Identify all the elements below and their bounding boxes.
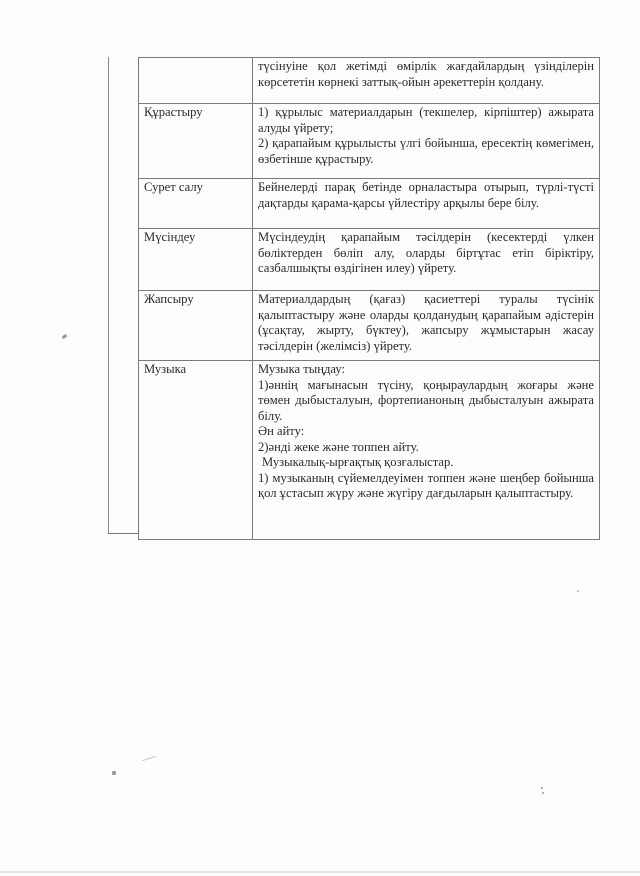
outer-table-left-border <box>108 57 109 534</box>
content-cell: түсінуіне қол жетімді өмірлік жағдайлард… <box>253 58 600 104</box>
curriculum-table: түсінуіне қол жетімді өмірлік жағдайлард… <box>138 57 600 540</box>
content-cell: Музыка тыңдау: 1)әннің мағынасын түсіну,… <box>253 361 600 540</box>
content-line: Материалдардың (қағаз) қасиеттері туралы… <box>258 292 594 354</box>
content-line: Мүсіндеудің қарапайым тәсілдерін (кесект… <box>258 230 594 277</box>
scan-speck <box>62 334 68 339</box>
content-line: Бейнелерді парақ бетінде орналастыра оты… <box>258 180 594 211</box>
content-cell: 1) құрылыс материалдарын (текшелер, кірп… <box>253 104 600 179</box>
subject-cell: Мүсіндеу <box>139 229 253 291</box>
section-heading: Музыка тыңдау: <box>258 362 594 378</box>
content-line: 2) қарапайым құрылысты үлгі бойынша, ере… <box>258 136 594 167</box>
content-line: 2)әнді жеке және топпен айту. <box>258 440 594 456</box>
table-row: Музыка Музыка тыңдау: 1)әннің мағынасын … <box>139 361 600 540</box>
content-cell: Бейнелерді парақ бетінде орналастыра оты… <box>253 179 600 229</box>
content-line: 1) музыканың сүйемелдеуімен топпен және … <box>258 471 594 502</box>
section-heading: Музыкалық-ырғақтық қозғалыстар. <box>258 455 594 471</box>
page-bottom-edge <box>0 871 640 873</box>
content-line: 1) құрылыс материалдарын (текшелер, кірп… <box>258 105 594 136</box>
subject-cell: Жапсыру <box>139 291 253 361</box>
scan-speck <box>142 756 156 761</box>
subject-cell: Сурет салу <box>139 179 253 229</box>
content-line: 1)әннің мағынасын түсіну, қоңыраулардың … <box>258 378 594 425</box>
subject-cell: Құрастыру <box>139 104 253 179</box>
table-row: Сурет салу Бейнелерді парақ бетінде орна… <box>139 179 600 229</box>
content-cell: Мүсіндеудің қарапайым тәсілдерін (кесект… <box>253 229 600 291</box>
content-line: түсінуіне қол жетімді өмірлік жағдайлард… <box>258 59 594 90</box>
scan-speck <box>541 787 543 789</box>
subject-cell: Музыка <box>139 361 253 540</box>
table-row: Мүсіндеу Мүсіндеудің қарапайым тәсілдері… <box>139 229 600 291</box>
table-row: Құрастыру 1) құрылыс материалдарын (текш… <box>139 104 600 179</box>
subject-cell <box>139 58 253 104</box>
table-row: Жапсыру Материалдардың (қағаз) қасиеттер… <box>139 291 600 361</box>
scan-speck <box>112 771 116 775</box>
scanned-page: түсінуіне қол жетімді өмірлік жағдайлард… <box>0 0 640 876</box>
section-heading: Ән айту: <box>258 424 594 440</box>
scan-speck <box>577 590 579 592</box>
scan-speck <box>542 792 544 794</box>
outer-table-bottom-border <box>108 533 139 534</box>
content-cell: Материалдардың (қағаз) қасиеттері туралы… <box>253 291 600 361</box>
table-row: түсінуіне қол жетімді өмірлік жағдайлард… <box>139 58 600 104</box>
